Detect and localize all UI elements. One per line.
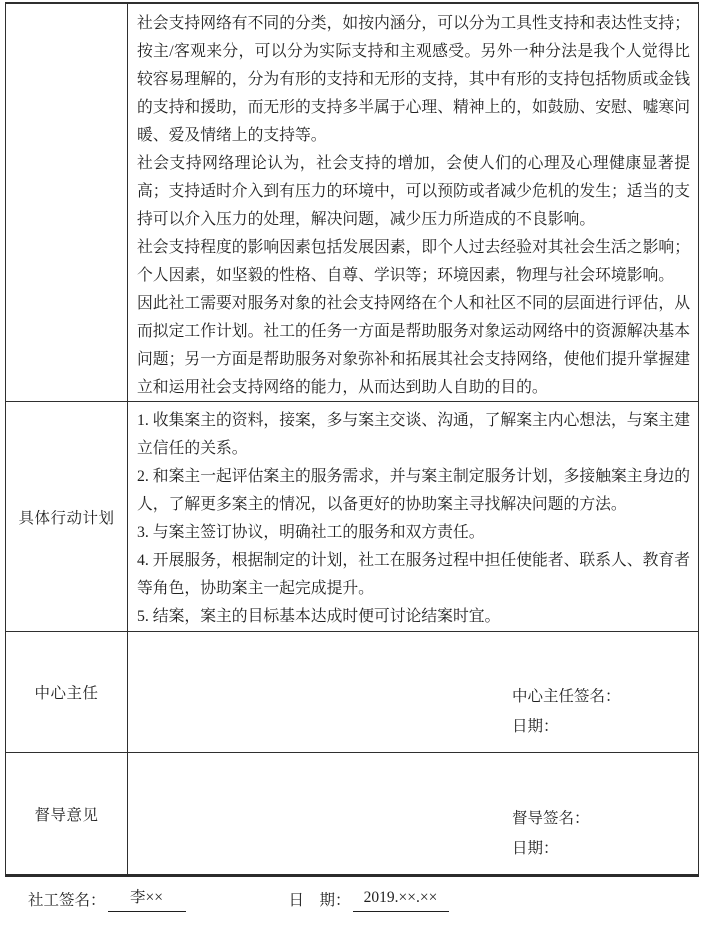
theory-paragraph: 因此社工需要对服务对象的社会支持网络在个人和社区不同的层面进行评估，从而拟定工作… [137, 290, 690, 401]
center-director-content-cell: 中心主任签名： 日期： [128, 632, 698, 752]
action-plan-item: 1. 收集案主的资料，接案，多与案主交谈、沟通，了解案主内心想法，与案主建立信任… [137, 407, 690, 463]
theory-paragraph: 社会支持网络有不同的分类，如按内涵分，可以分为工具性支持和表达性支持；按主/客观… [137, 10, 690, 150]
action-plan-item: 4. 开展服务，根据制定的计划，社工在服务过程中担任使能者、联系人、教育者等角色… [137, 547, 690, 603]
row-label-action-plan: 具体行动计划 [6, 402, 128, 631]
footer-signature-row: 社工签名： 李×× 日 期： 2019.××.×× [28, 887, 449, 912]
row-label-theory [6, 4, 128, 401]
theory-paragraph: 社会支持程度的影响因素包括发展因素，即个人过去经验对其社会生活之影响；个人因素，… [137, 234, 690, 290]
assessment-form-table: 社会支持网络有不同的分类，如按内涵分，可以分为工具性支持和表达性支持；按主/客观… [5, 2, 699, 877]
action-plan-content-cell: 1. 收集案主的资料，接案，多与案主交谈、沟通，了解案主内心想法，与案主建立信任… [128, 402, 698, 631]
row-label-center-director: 中心主任 [6, 632, 128, 752]
table-row-supervisor: 督导意见 督导签名： 日期： [6, 753, 698, 874]
theory-content-cell: 社会支持网络有不同的分类，如按内涵分，可以分为工具性支持和表达性支持；按主/客观… [128, 4, 698, 401]
table-row-center-director: 中心主任 中心主任签名： 日期： [6, 632, 698, 753]
table-row-action-plan: 具体行动计划 1. 收集案主的资料，接案，多与案主交谈、沟通，了解案主内心想法，… [6, 402, 698, 632]
supervisor-date-label: 日期： [512, 834, 690, 864]
theory-paragraph: 社会支持网络理论认为，社会支持的增加，会使人们的心理及心理健康显著提高；支持适时… [137, 150, 690, 234]
supervisor-sign-block: 督导签名： 日期： [512, 804, 690, 864]
center-director-sign-label: 中心主任签名： [512, 682, 690, 712]
social-worker-name-field: 李×× [108, 887, 186, 912]
table-row-theory: 社会支持网络有不同的分类，如按内涵分，可以分为工具性支持和表达性支持；按主/客观… [6, 4, 698, 402]
footer-date-label: 日 期： [289, 890, 351, 912]
row-label-supervisor: 督导意见 [6, 753, 128, 874]
center-director-sign-block: 中心主任签名： 日期： [512, 682, 690, 742]
social-worker-sign-label: 社工签名： [28, 890, 106, 912]
footer-date-field: 2019.××.×× [353, 887, 449, 912]
supervisor-content-cell: 督导签名： 日期： [128, 753, 698, 874]
supervisor-sign-label: 督导签名： [512, 804, 690, 834]
form-page: 社会支持网络有不同的分类，如按内涵分，可以分为工具性支持和表达性支持；按主/客观… [0, 0, 706, 925]
action-plan-item: 5. 结案，案主的目标基本达成时便可讨论结案时宜。 [137, 603, 690, 631]
action-plan-item: 3. 与案主签订协议，明确社工的服务和双方责任。 [137, 519, 690, 547]
center-director-date-label: 日期： [512, 712, 690, 742]
action-plan-item: 2. 和案主一起评估案主的服务需求，并与案主制定服务计划，多接触案主身边的人，了… [137, 463, 690, 519]
